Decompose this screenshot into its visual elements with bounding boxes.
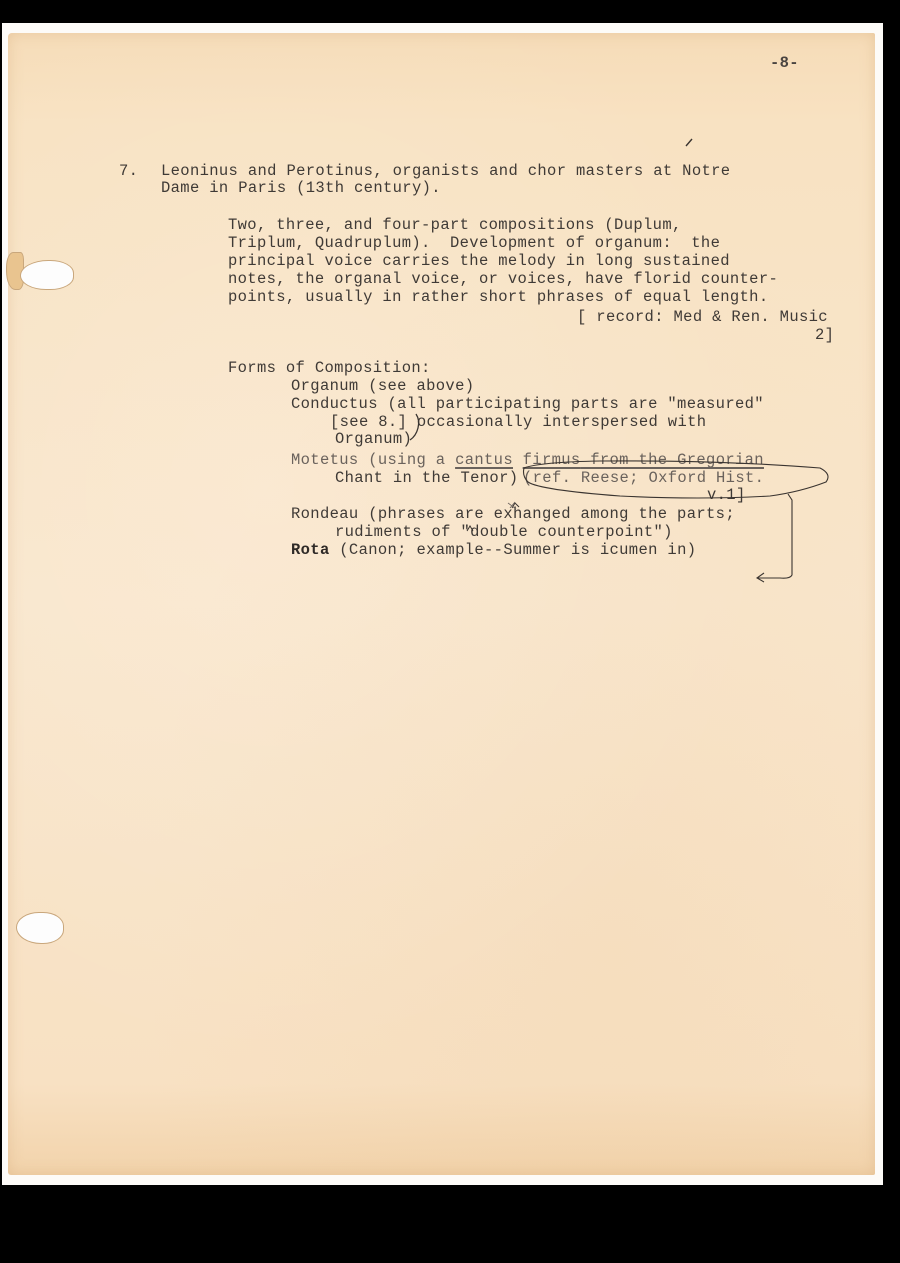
underlined-cantus: cantus xyxy=(455,451,513,469)
punch-hole-top xyxy=(20,260,74,290)
motetus-suffix: from the Gregorian xyxy=(581,451,764,469)
page-number: -8- xyxy=(770,54,799,72)
section-heading-line-1: Leoninus and Perotinus, organists and ch… xyxy=(161,162,730,180)
form-motetus-line-1: Motetus (using a cantus firmus from the … xyxy=(291,451,764,469)
description-line-2: Triplum, Quadruplum). Development of org… xyxy=(228,234,720,252)
section-heading-line-2: Dame in Paris (13th century). xyxy=(161,179,441,197)
rota-description: (Canon; example--Summer is icumen in) xyxy=(330,541,697,559)
form-conductus-line-3: Organum) xyxy=(335,430,412,448)
document-page xyxy=(8,33,875,1175)
forms-heading: Forms of Composition: xyxy=(228,359,431,377)
punch-hole-bottom xyxy=(16,912,64,944)
form-rondeau-line-1: Rondeau (phrases are exhanged among the … xyxy=(291,505,735,523)
record-note-line-2: 2] xyxy=(815,326,834,344)
description-line-4: notes, the organal voice, or voices, hav… xyxy=(228,270,778,288)
space xyxy=(513,451,523,469)
form-rota: Rota (Canon; example--Summer is icumen i… xyxy=(291,541,696,559)
underlined-firmus: firmus xyxy=(523,451,581,469)
form-conductus-line-1: Conductus (all participating parts are "… xyxy=(291,395,764,413)
rota-label: Rota xyxy=(291,541,330,559)
motetus-reference: (ref. Reese; Oxford Hist. xyxy=(523,469,764,487)
motetus-reference-volume: v.1] xyxy=(707,486,746,504)
description-line-3: principal voice carries the melody in lo… xyxy=(228,252,730,270)
section-number: 7. xyxy=(119,162,138,180)
record-note-line-1: [ record: Med & Ren. Music xyxy=(577,308,828,326)
description-line-5: points, usually in rather short phrases … xyxy=(228,288,768,306)
form-organum: Organum (see above) xyxy=(291,377,474,395)
form-rondeau-line-2: rudiments of "double counterpoint") xyxy=(335,523,673,541)
description-line-1: Two, three, and four-part compositions (… xyxy=(228,216,682,234)
form-motetus-line-2: Chant in the Tenor) xyxy=(335,469,518,487)
form-conductus-line-2: [see 8.] occasionally interspersed with xyxy=(330,413,706,431)
motetus-prefix: Motetus (using a xyxy=(291,451,455,469)
